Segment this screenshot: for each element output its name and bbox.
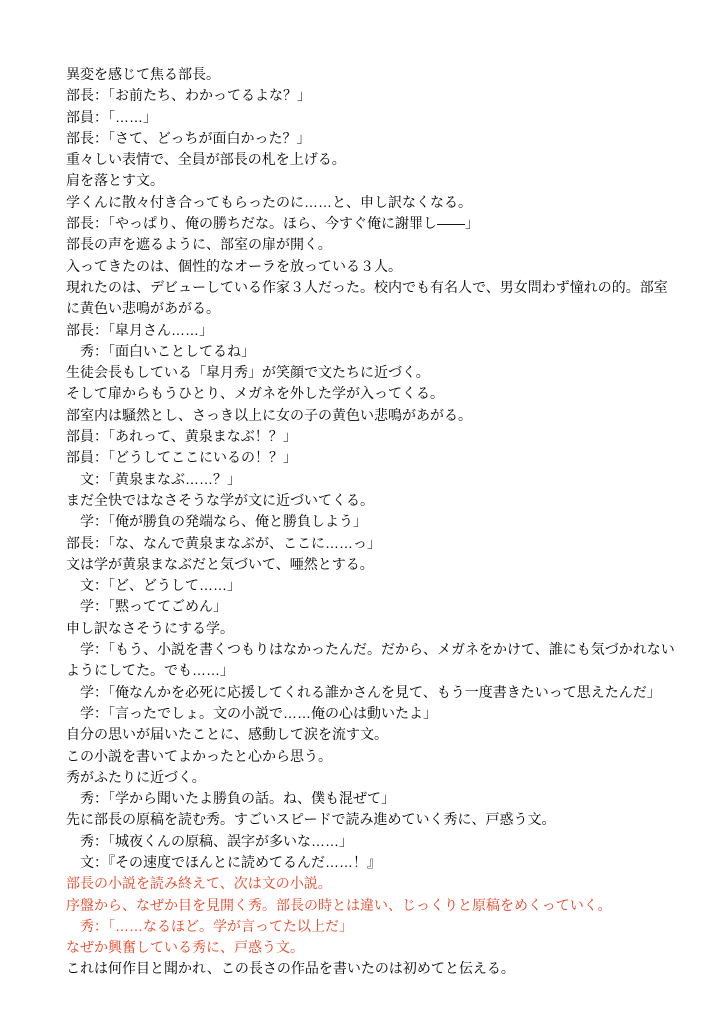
- text-line: そして扉からもうひとり、メガネを外した学が入ってくる。: [66, 383, 676, 404]
- text-line: 入ってきたのは、個性的なオーラを放っている３人。: [66, 256, 676, 277]
- text-line: 申し訳なさそうにする学。: [66, 618, 676, 639]
- text-line: 部室内は騒然とし、さっき以上に女の子の黄色い悲鳴があがる。: [66, 405, 676, 426]
- text-line: 部長：「やっぱり、俺の勝ちだな。ほら、今すぐ俺に謝罪し――」: [66, 213, 676, 234]
- text-line: 部員：「どうしてここにいるの！？」: [66, 447, 676, 468]
- text-line: 秀：「……なるほど。学が言ってた以上だ」: [66, 916, 676, 937]
- text-line: 秀：「面白いことしてるね」: [66, 341, 676, 362]
- text-line: 自分の思いが届いたことに、感動して涙を流す文。: [66, 724, 676, 745]
- text-line: 学：「俺が勝負の発端なら、俺と勝負しよう」: [66, 511, 676, 532]
- text-line: 部長の声を遮るように、部室の扉が開く。: [66, 234, 676, 255]
- document-page: 異変を感じて焦る部長。 部長：「お前たち、わかってるよな？」 部員：「……」 部…: [0, 0, 724, 1024]
- text-line: この小説を書いてよかったと心から思う。: [66, 746, 676, 767]
- text-line: 学：「俺なんかを必死に応援してくれる誰かさんを見て、もう一度書きたいって思えたん…: [66, 682, 676, 703]
- text-line: 秀：「城夜くんの原稿、誤字が多いな……」: [66, 831, 676, 852]
- text-line: まだ全快ではなさそうな学が文に近づいてくる。: [66, 490, 676, 511]
- text-line: 文は学が黄泉まなぶだと気づいて、唖然とする。: [66, 554, 676, 575]
- text-line: 部長：「お前たち、わかってるよな？」: [66, 85, 676, 106]
- text-line: 重々しい表情で、全員が部長の札を上げる。: [66, 149, 676, 170]
- text-line: これは何作目と聞かれ、この長さの作品を書いたのは初めてと伝える。: [66, 958, 676, 979]
- document-body: 異変を感じて焦る部長。 部長：「お前たち、わかってるよな？」 部員：「……」 部…: [66, 64, 676, 980]
- text-line: 学：「もう、小説を書くつもりはなかったんだ。だから、メガネをかけて、誰にも気づか…: [66, 639, 676, 682]
- text-line: 異変を感じて焦る部長。: [66, 64, 676, 85]
- text-line: 文：『その速度でほんとに読めてるんだ……！』: [66, 852, 676, 873]
- text-line: 秀：「学から聞いたよ勝負の話。ね、僕も混ぜて」: [66, 788, 676, 809]
- text-line: 肩を落とす文。: [66, 170, 676, 191]
- text-line: 文：「ど、どうして……」: [66, 575, 676, 596]
- text-line: 生徒会長もしている「皐月秀」が笑顔で文たちに近づく。: [66, 362, 676, 383]
- text-line: 部長：「さて、どっちが面白かった？」: [66, 128, 676, 149]
- text-line: 部長：「皐月さん……」: [66, 320, 676, 341]
- text-line: 学：「言ったでしょ。文の小説で……俺の心は動いたよ」: [66, 703, 676, 724]
- text-line: 文：「黄泉まなぶ……？」: [66, 469, 676, 490]
- text-line: 学：「黙っててごめん」: [66, 596, 676, 617]
- text-line: 部長の小説を読み終えて、次は文の小説。: [66, 873, 676, 894]
- text-line: 部員：「あれって、黄泉まなぶ！？」: [66, 426, 676, 447]
- text-line: なぜか興奮している秀に、戸惑う文。: [66, 937, 676, 958]
- text-line: 先に部長の原稿を読む秀。すごいスピードで読み進めていく秀に、戸惑う文。: [66, 809, 676, 830]
- text-line: 現れたのは、デビューしている作家３人だった。校内でも有名人で、男女問わず憧れの的…: [66, 277, 676, 320]
- text-line: 秀がふたりに近づく。: [66, 767, 676, 788]
- text-line: 部長：「な、なんで黄泉まなぶが、ここに……っ」: [66, 533, 676, 554]
- text-line: 部員：「……」: [66, 107, 676, 128]
- text-line: 序盤から、なぜか目を見開く秀。部長の時とは違い、じっくりと原稿をめくっていく。: [66, 895, 676, 916]
- text-line: 学くんに散々付き合ってもらったのに……と、申し訳なくなる。: [66, 192, 676, 213]
